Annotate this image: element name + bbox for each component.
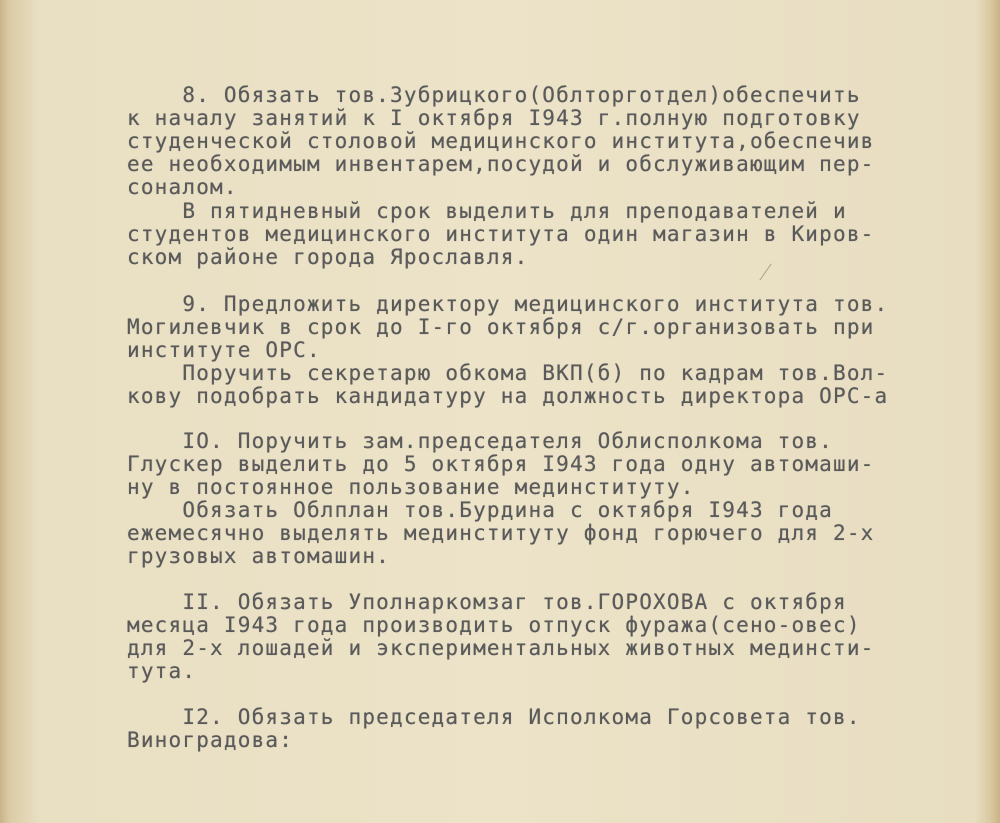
pencil-mark [759, 264, 771, 281]
text-line: I2. Обязать председателя Исполкома Горсо… [127, 705, 861, 729]
text-line: месяца I943 года производить отпуск фура… [127, 613, 861, 637]
text-line: Обязать Облплан тов.Бурдина с октября I9… [127, 498, 833, 522]
text-line: ском районе города Ярославля. [127, 245, 528, 269]
text-line: студентов медицинского института один ма… [127, 222, 875, 246]
text-line: институте ОРС. [127, 338, 321, 362]
text-line: Виноградова: [127, 728, 293, 752]
text-line: тута. [127, 659, 196, 683]
text-line: кову подобрать кандидатуру на должность … [127, 384, 888, 408]
text-line: соналом. [127, 175, 238, 199]
text-line: ежемесячно выделять мединституту фонд го… [127, 521, 875, 545]
text-line: Поручить секретарю обкома ВКП(б) по кадр… [127, 361, 888, 385]
text-line: для 2-х лошадей и экспериментальных живо… [127, 636, 875, 660]
text-line: грузовых автомашин. [127, 544, 390, 568]
text-line: ее необходимым инвентарем,посудой и обсл… [127, 152, 875, 176]
text-line: к началу занятий к I октября I943 г.полн… [127, 106, 861, 130]
text-line: II. Обязать Уполнаркомзаг тов.ГОРОХОВА с… [127, 590, 847, 614]
text-line: В пятидневный срок выделить для преподав… [127, 199, 847, 223]
text-line: Глускер выделить до 5 октября I943 года … [127, 452, 875, 476]
text-line: студенческой столовой медицинского инсти… [127, 129, 875, 153]
text-line: IO. Поручить зам.председателя Облисполко… [127, 429, 833, 453]
text-line: 8. Обязать тов.Зубрицкого(Облторготдел)о… [127, 83, 861, 107]
typewritten-document-page: 8. Обязать тов.Зубрицкого(Облторготдел)о… [0, 0, 1000, 823]
text-line: 9. Предложить директору медицинского инс… [127, 292, 888, 316]
text-line: ну в постоянное пользование мединституту… [127, 475, 695, 499]
text-line: Могилевчик в срок до I-го октября с/г.ор… [127, 315, 875, 339]
